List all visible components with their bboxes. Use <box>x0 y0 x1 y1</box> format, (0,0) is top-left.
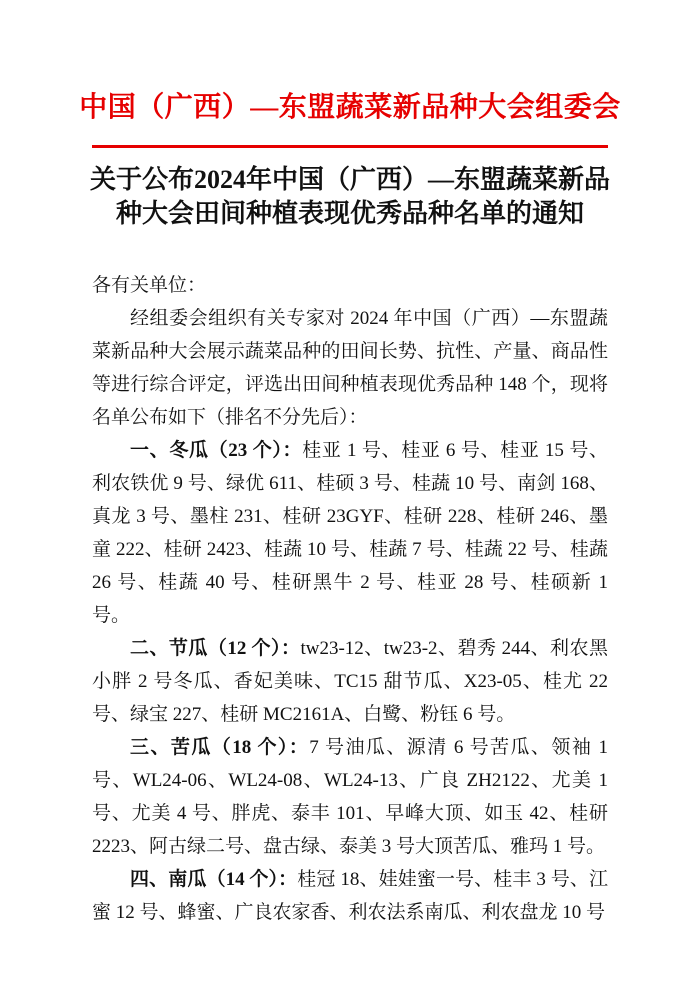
section-winter-melon-label: 一、冬瓜（23 个）： <box>130 440 302 461</box>
document-body: 各有关单位： 经组委会组织有关专家对 2024 年中国（广西）—东盟蔬菜新品种大… <box>92 269 608 929</box>
document-title: 关于公布2024年中国（广西）—东盟蔬菜新品 种大会田间种植表现优秀品种名单的通… <box>70 163 630 231</box>
section-pumpkin-label: 四、南瓜（14 个）： <box>130 869 297 890</box>
document-title-line2: 种大会田间种植表现优秀品种名单的通知 <box>70 197 630 231</box>
section-bitter-gourd-label: 三、苦瓜（18 个）： <box>130 737 309 758</box>
document-title-line1: 关于公布2024年中国（广西）—东盟蔬菜新品 <box>70 163 630 197</box>
section-chieh-qua: 二、节瓜（12 个）：tw23-12、tw23-2、碧秀 244、利农黑小胖 2… <box>92 632 608 731</box>
section-winter-melon: 一、冬瓜（23 个）：桂亚 1 号、桂亚 6 号、桂亚 15 号、利农铁优 9 … <box>92 434 608 632</box>
section-bitter-gourd: 三、苦瓜（18 个）：7 号油瓜、源清 6 号苦瓜、领袖 1 号、WL24-06… <box>92 731 608 863</box>
section-winter-melon-varieties: 桂亚 1 号、桂亚 6 号、桂亚 15 号、利农铁优 9 号、绿优 611、桂硕… <box>92 440 608 626</box>
salutation: 各有关单位： <box>92 269 608 302</box>
section-pumpkin: 四、南瓜（14 个）：桂冠 18、娃娃蜜一号、桂丰 3 号、江蜜 12 号、蜂蜜… <box>92 863 608 929</box>
header-divider <box>92 145 608 148</box>
intro-paragraph: 经组委会组织有关专家对 2024 年中国（广西）—东盟蔬菜新品种大会展示蔬菜品种… <box>92 302 608 434</box>
organization-title: 中国（广西）—东盟蔬菜新品种大会组委会 <box>70 90 630 126</box>
section-chieh-qua-label: 二、节瓜（12 个）： <box>130 638 300 659</box>
document-page: 中国（广西）—东盟蔬菜新品种大会组委会 关于公布2024年中国（广西）—东盟蔬菜… <box>0 0 700 990</box>
